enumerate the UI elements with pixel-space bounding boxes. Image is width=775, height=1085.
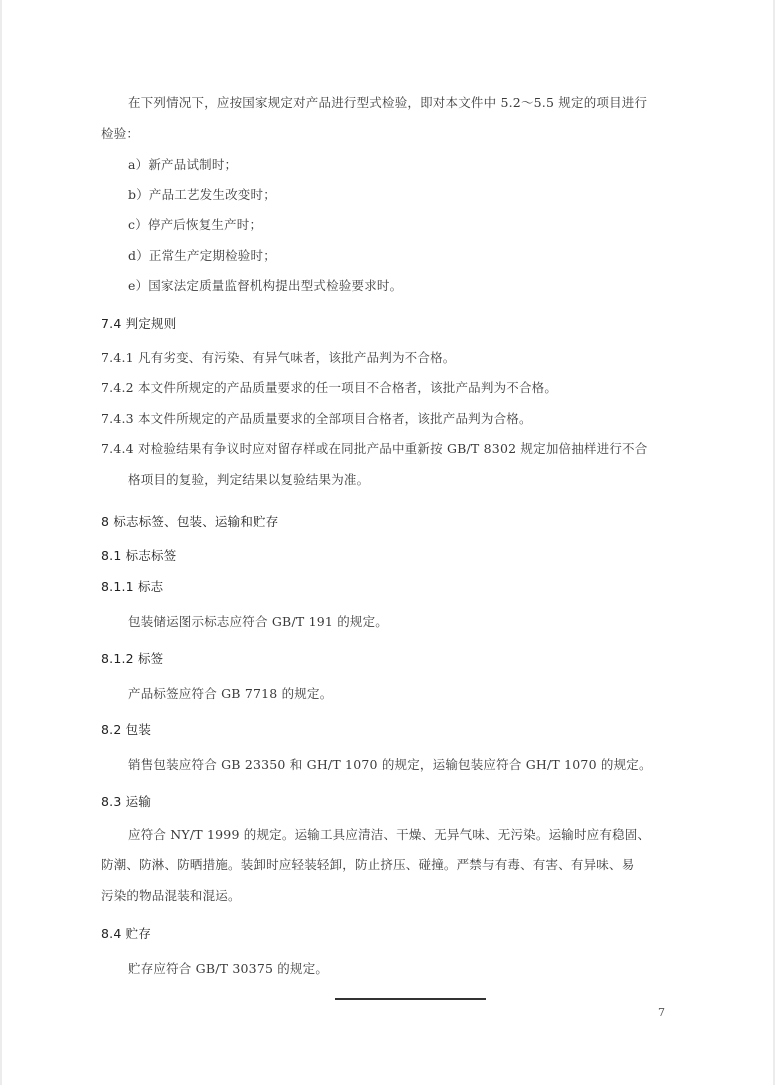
section-7-4-heading: 7.4 判定规则	[101, 316, 176, 332]
section-8-1-1-heading: 8.1.1 标志	[101, 579, 163, 595]
list-item-c: c）停产后恢复生产时；	[128, 217, 262, 233]
intro-paragraph-line2: 检验：	[101, 126, 139, 142]
section-8-1-1-text: 包装储运图示标志应符合 GB/T 191 的规定。	[128, 614, 388, 630]
section-8-3-line2: 防潮、防淋、防晒措施。装卸时应轻装轻卸，防止挤压、碰撞。严禁与有毒、有害、有异味…	[101, 857, 634, 873]
section-8-2-heading: 8.2 包装	[101, 722, 151, 738]
page-number: 7	[658, 1006, 665, 1019]
list-item-b: b）产品工艺发生改变时；	[128, 187, 276, 203]
section-8-4-heading: 8.4 贮存	[101, 926, 151, 942]
list-item-a: a）新产品试制时；	[128, 157, 237, 173]
clause-7-4-2: 7.4.2 本文件所规定的产品质量要求的任一项目不合格者，该批产品判为不合格。	[101, 380, 557, 396]
section-8-2-text: 销售包装应符合 GB 23350 和 GH/T 1070 的规定，运输包装应符合…	[128, 757, 652, 773]
section-8-3-line3: 污染的物品混装和混运。	[101, 888, 241, 904]
list-item-e: e）国家法定质量监督机构提出型式检验要求时。	[128, 278, 402, 294]
section-8-3-line1: 应符合 NY/T 1999 的规定。运输工具应清洁、干燥、无异气味、无污染。运输…	[128, 827, 650, 843]
clause-7-4-1: 7.4.1 凡有劣变、有污染、有异气味者，该批产品判为不合格。	[101, 350, 455, 366]
section-8-3-heading: 8.3 运输	[101, 794, 151, 810]
section-8-1-heading: 8.1 标志标签	[101, 548, 176, 564]
page-edge-left	[0, 0, 2, 1085]
end-of-document-rule	[335, 998, 486, 1000]
clause-7-4-4-continued: 格项目的复验，判定结果以复验结果为准。	[128, 472, 369, 488]
clause-7-4-3: 7.4.3 本文件所规定的产品质量要求的全部项目合格者，该批产品判为合格。	[101, 411, 532, 427]
intro-paragraph-line1: 在下列情况下，应按国家规定对产品进行型式检验，即对本文件中 5.2～5.5 规定…	[128, 95, 647, 111]
list-item-d: d）正常生产定期检验时；	[128, 248, 276, 264]
section-8-heading: 8 标志标签、包装、运输和贮存	[101, 514, 278, 530]
clause-7-4-4: 7.4.4 对检验结果有争议时应对留存样或在同批产品中重新按 GB/T 8302…	[101, 441, 647, 457]
section-8-1-2-text: 产品标签应符合 GB 7718 的规定。	[128, 686, 332, 702]
section-8-1-2-heading: 8.1.2 标签	[101, 651, 163, 667]
section-8-4-text: 贮存应符合 GB/T 30375 的规定。	[128, 961, 328, 977]
